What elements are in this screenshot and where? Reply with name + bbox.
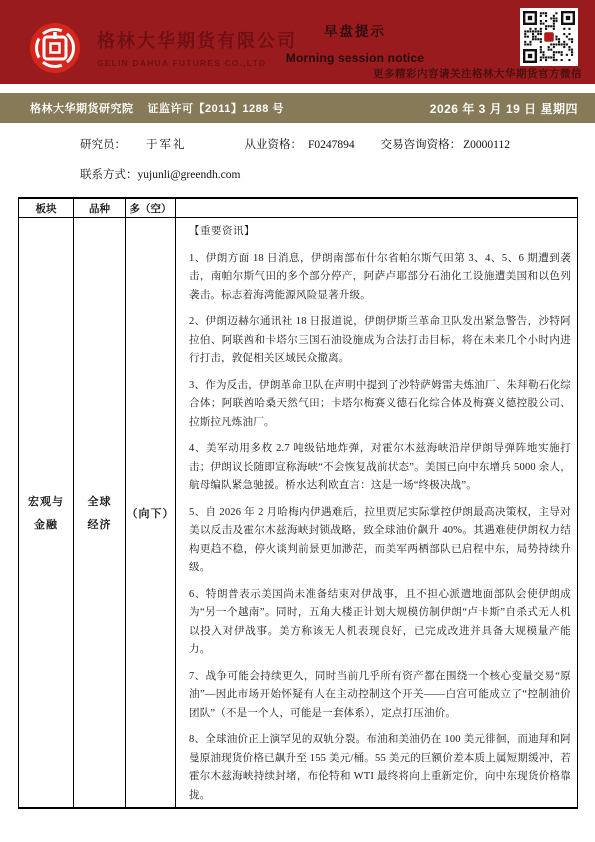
researcher-name: 于军礼 (146, 136, 187, 152)
col-header-variety: 品种 (74, 199, 126, 218)
report-title-en: Morning session notice (255, 51, 455, 65)
contact-label: 联系方式： (80, 169, 138, 181)
qr-code (520, 8, 578, 66)
section-title: 【重要资讯】 (189, 223, 571, 242)
variety-line: 全球 (88, 493, 112, 509)
col-header-sector: 板块 (19, 199, 74, 218)
header-band: 格林大华期货有限公司 GELIN DAHUA FUTURES CO.,LTD 早… (0, 0, 595, 84)
institute-license: 格林大华期货研究院证监许可【2011】1288 号 (30, 100, 284, 116)
researcher-label: 研究员： (80, 136, 126, 152)
direction-value: （向下） (127, 505, 175, 521)
sector-cell: 宏观与 金融 (19, 218, 74, 807)
col-header-content (176, 199, 578, 218)
report-title-block: 早盘提示 Morning session notice (255, 20, 455, 65)
contact-email: yujunli@greendh.com (138, 169, 241, 181)
news-paragraph: 2、伊朗迈赫尔通讯社 18 日报道说，伊朗伊斯兰革命卫队发出紧急警告，沙特阿拉伯… (189, 313, 571, 369)
qualification-label: 从业资格： (245, 136, 303, 152)
wechat-follow-note: 更多精彩内容请关注格林大华期货官方微信 (373, 66, 582, 81)
report-date: 2026 年 3 月 19 日 星期四 (430, 100, 578, 117)
news-paragraph: 7、战争可能会持续更久，同时当前几乎所有资产都在围绕一个核心变量交易“原油”—因… (189, 668, 571, 724)
advisory-label: 交易咨询资格： (381, 136, 462, 152)
institute-band: 格林大华期货研究院证监许可【2011】1288 号 2026 年 3 月 19 … (0, 93, 595, 123)
col-header-direction: 多（空） (126, 199, 176, 218)
variety-cell: 全球 经济 (74, 218, 126, 807)
news-paragraph: 4、美军动用多枚 2.7 吨级钻地炸弹，对霍尔木兹海峡沿岸伊朗导弹阵地实施打击；… (189, 440, 571, 496)
sector-line: 宏观与 (28, 493, 64, 509)
license-number: 证监许可【2011】1288 号 (148, 103, 284, 115)
news-content-cell: 【重要资讯】 1、伊朗方面 18 日消息，伊朗南部布什尔省帕尔斯气田第 3、4、… (176, 218, 578, 807)
report-table: 板块 品种 多（空） 宏观与 金融 全球 经济 （向下） 【重要资讯】 1、伊朗… (18, 197, 578, 809)
institute-name: 格林大华期货研究院 (30, 103, 134, 115)
table-body-row: 宏观与 金融 全球 经济 （向下） 【重要资讯】 1、伊朗方面 18 日消息，伊… (19, 218, 578, 807)
company-logo-icon (29, 22, 81, 74)
news-paragraph: 3、作为反击，伊朗革命卫队在声明中提到了沙特萨姆雷夫炼油厂、朱拜勒石化综合体；阿… (189, 377, 571, 433)
sector-line: 金融 (34, 516, 58, 532)
researcher-info: 研究员：于军礼从业资格：F0247894交易咨询资格：Z0000112 联系方式… (80, 136, 595, 182)
researcher-row: 研究员：于军礼从业资格：F0247894交易咨询资格：Z0000112 (80, 136, 595, 152)
direction-cell: （向下） (126, 218, 176, 807)
variety-line: 经济 (88, 516, 112, 532)
report-title-cn: 早盘提示 (255, 20, 455, 40)
contact-row: 联系方式：yujunli@greendh.com (80, 166, 595, 182)
qualification-number: F0247894 (308, 139, 355, 151)
news-paragraph: 5、自 2026 年 2 月哈梅内伊遇难后，拉里贾尼实际掌控伊朗最高决策权，主导… (189, 504, 571, 578)
news-paragraph: 6、特朗普表示美国尚未准备结束对伊战事，且不担心派遣地面部队会使伊朗成为“另一个… (189, 586, 571, 660)
table-header-row: 板块 品种 多（空） (19, 199, 578, 218)
advisory-number: Z0000112 (463, 139, 510, 151)
news-paragraph: 8、全球油价正上演罕见的双轨分裂。布油和美油仍在 100 美元徘徊，而迪拜和阿曼… (189, 731, 571, 805)
news-paragraph: 1、伊朗方面 18 日消息，伊朗南部布什尔省帕尔斯气田第 3、4、5、6 期遭到… (189, 250, 571, 306)
